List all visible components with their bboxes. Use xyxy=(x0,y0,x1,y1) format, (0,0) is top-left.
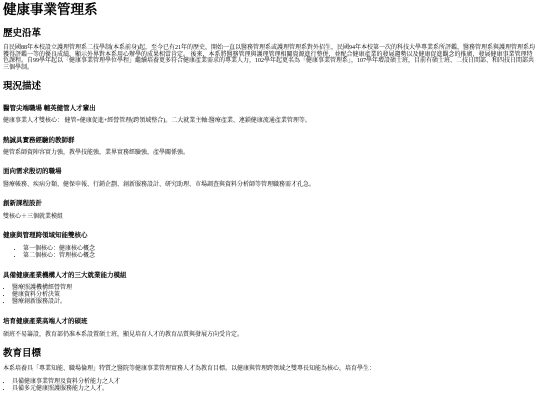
employment-modules-list: 醫療照護機構經營管理 健康資料分析決策 醫療創新服務設計。 xyxy=(3,285,536,306)
section-heading-goals: 教育目標 xyxy=(3,349,536,360)
subsection-text-top-workplace: 健康事業人才雙核心： 健管=健康促進+經營管理(跨領域整合)。二大就業主軸:醫療… xyxy=(3,118,536,124)
list-item: 醫療創新服務設計。 xyxy=(12,299,536,306)
page-title: 健康事業管理系 xyxy=(3,2,536,18)
goals-list: 具備健康事業管理及資料分析能力之人才 具備多元健康照護服務能力之人才。 xyxy=(3,379,536,393)
list-item: 第二個核心：管理核心概念 xyxy=(23,253,536,260)
subsection-text-master-program: 碩班不易籌設，教育部仍准本系設置碩士班，顯見培育人才的教育品質與發展方向受肯定。 xyxy=(3,332,536,338)
history-paragraph: 自民國88年本校設立護理管理系二技學制(本系前身)起，至今已有21年的歷史，開始… xyxy=(3,45,536,70)
dual-core-list: 第一個核心：健康核心概念 第二個核心：管理核心概念 xyxy=(3,246,536,260)
subsection-text-job-demand: 醫療帳務、疾病分類、健保申報、行銷企劃、創新服務設計、研究助理、市場調查與資料分… xyxy=(3,182,536,188)
subsection-heading-employment-modules: 具備健康產業機構人才的三大就業能力模組 xyxy=(3,272,536,279)
subsection-heading-teachers: 熱誠具實務經驗的教師群 xyxy=(3,137,536,144)
subsection-heading-curriculum: 創新課程設計 xyxy=(3,200,536,207)
subsection-heading-master-program: 培育健康產業高端人才的碩班 xyxy=(3,318,536,325)
list-item: 醫療照護機構經營管理 xyxy=(12,285,536,292)
subsection-heading-job-demand: 面向需求殷切的職場 xyxy=(3,168,536,175)
list-item: 健康資料分析決策 xyxy=(12,292,536,299)
list-item: 具備健康事業管理及資料分析能力之人才 xyxy=(12,379,536,386)
subsection-heading-top-workplace: 醫管尖端職場 輔英健管人才輩出 xyxy=(3,105,536,112)
list-item: 具備多元健康照護服務能力之人才。 xyxy=(12,386,536,393)
list-item: 第一個核心：健康核心概念 xyxy=(23,246,536,253)
subsection-text-teachers: 健管系師資陣容實力強，教學技能強，業界實務經驗強，產學關係強。 xyxy=(3,150,536,156)
subsection-text-curriculum: 雙核心＋三個就業模組 xyxy=(3,214,536,220)
section-heading-history: 歷史沿革 xyxy=(3,29,536,40)
subsection-heading-dual-core: 健康與管理跨領域知能雙核心 xyxy=(3,232,536,239)
section-heading-status: 現況描述 xyxy=(3,82,536,93)
goals-paragraph: 本系培養具「專業知能、職場倫理」特質之醫院等健康事業管理實務人才為教育目標。以健… xyxy=(3,366,536,372)
document-page: { "page": { "title": "健康事業管理系" }, "secti… xyxy=(0,0,540,405)
